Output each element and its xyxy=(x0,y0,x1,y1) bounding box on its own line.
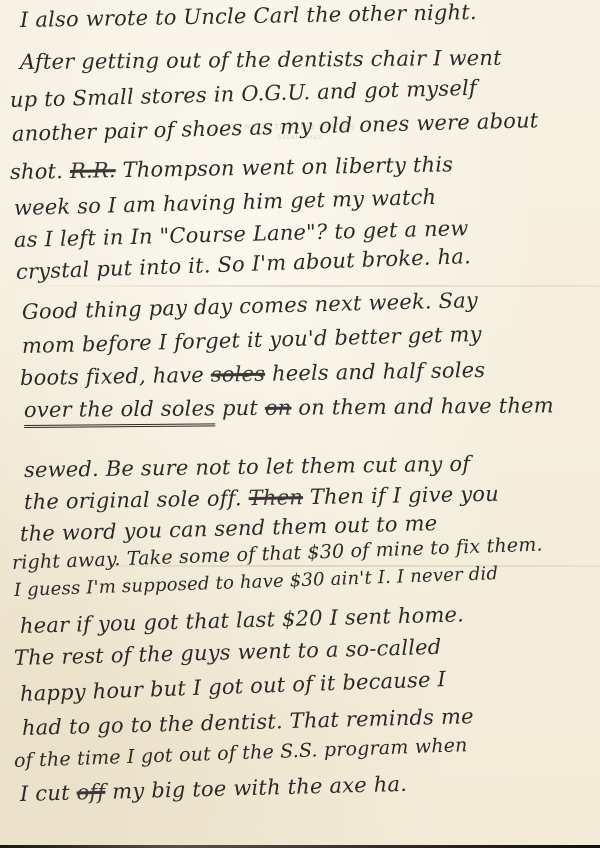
letter-page: NAVAL TRAINING STATION GREAT LAKES I als… xyxy=(0,0,600,845)
letter-line-21: had to go to the dentist. That reminds m… xyxy=(22,704,474,740)
handwritten-text: I also wrote to Uncle Carl the other nig… xyxy=(0,0,600,845)
crossed-out-text: on xyxy=(265,396,292,420)
crossed-out-text: R.R. xyxy=(70,158,116,183)
letter-line-5: shot. R.R. Thompson went on liberty this xyxy=(10,152,454,184)
letter-line-6: week so I am having him get my watch xyxy=(14,185,437,220)
letter-line-13: sewed. Be sure not to let them cut any o… xyxy=(24,452,471,482)
letter-line-3: up to Small stores in O.G.U. and got mys… xyxy=(10,76,477,112)
crossed-out-text: off xyxy=(76,780,105,805)
letter-line-10: mom before I forget it you'd better get … xyxy=(22,322,482,358)
crossed-out-text: soles xyxy=(211,362,266,387)
letter-line-2: After getting out of the dentists chair … xyxy=(20,46,502,74)
crossed-out-text: Then xyxy=(248,485,303,510)
letter-line-19: The rest of the guys went to a so-called xyxy=(14,635,442,670)
letter-line-22: of the time I got out of the S.S. progra… xyxy=(14,734,468,772)
letter-line-20: happy hour but I got out of it because I xyxy=(20,667,447,706)
letter-line-9: Good thing pay day comes next week. Say xyxy=(22,288,479,324)
letter-line-23: I cut off my big toe with the axe ha. xyxy=(20,772,408,806)
letter-line-4: another pair of shoes as my old ones wer… xyxy=(12,108,539,146)
letter-line-14: the original sole off. Then Then if I gi… xyxy=(24,482,499,514)
underlined-text: over the old soles xyxy=(24,396,215,422)
letter-line-11: boots fixed, have soles heels and half s… xyxy=(20,358,486,390)
letter-line-18: hear if you got that last $20 I sent hom… xyxy=(20,602,465,638)
letter-line-1: I also wrote to Uncle Carl the other nig… xyxy=(20,0,477,32)
letter-line-12: over the old soles put on on them and ha… xyxy=(24,393,554,422)
